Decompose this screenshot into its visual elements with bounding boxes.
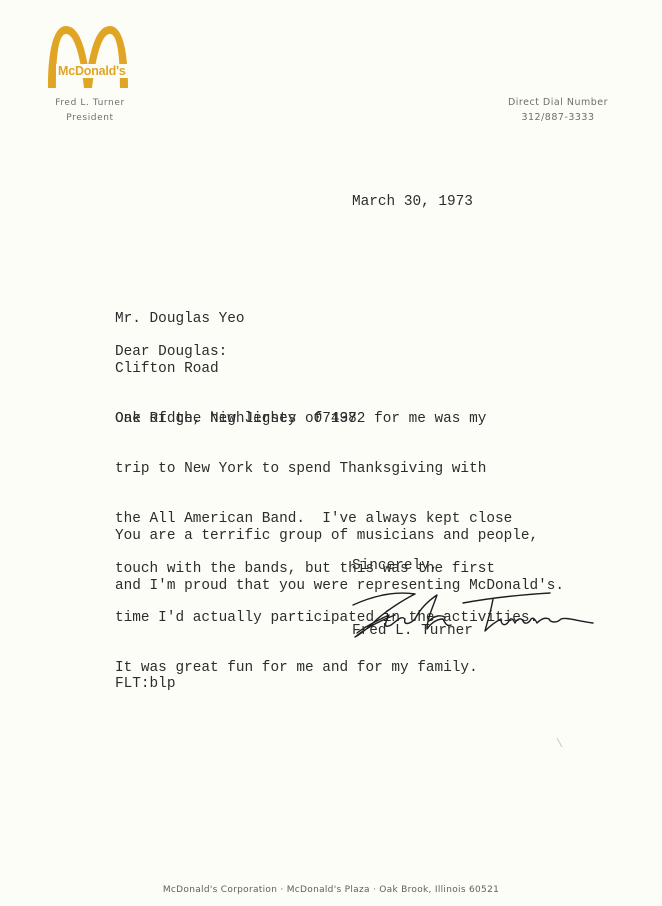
paragraph-line: It was great fun for me and for my famil… <box>115 660 538 677</box>
salutation: Dear Douglas: <box>115 344 227 361</box>
sender-name: Fred L. Turner <box>40 96 140 111</box>
logo-wordmark: McDonald's <box>56 64 128 78</box>
closing: Sincerely, <box>352 558 438 575</box>
letter-date: March 30, 1973 <box>352 194 473 211</box>
paper-scratch-mark <box>556 737 564 749</box>
sender-block: Fred L. Turner President <box>40 96 140 126</box>
direct-dial-number: 312/887-3333 <box>498 110 618 125</box>
direct-dial-label: Direct Dial Number <box>498 95 618 110</box>
letterhead-footer-address: McDonald's Corporation · McDonald's Plaz… <box>0 885 662 895</box>
reference-initials: FLT:blp <box>115 676 175 693</box>
recipient-street: Clifton Road <box>115 361 357 378</box>
recipient-name: Mr. Douglas Yeo <box>115 311 357 328</box>
paragraph-line: One of the highlights of 1972 for me was… <box>115 411 538 428</box>
sender-title: President <box>40 111 140 126</box>
mcdonalds-logo: McDonald's <box>40 22 140 88</box>
direct-dial-block: Direct Dial Number 312/887-3333 <box>498 95 618 125</box>
typed-signer-name: Fred L. Turner <box>352 623 473 640</box>
paragraph-line: trip to New York to spend Thanksgiving w… <box>115 461 538 478</box>
paragraph-line: You are a terrific group of musicians an… <box>115 528 564 545</box>
golden-arches-icon <box>42 22 134 88</box>
